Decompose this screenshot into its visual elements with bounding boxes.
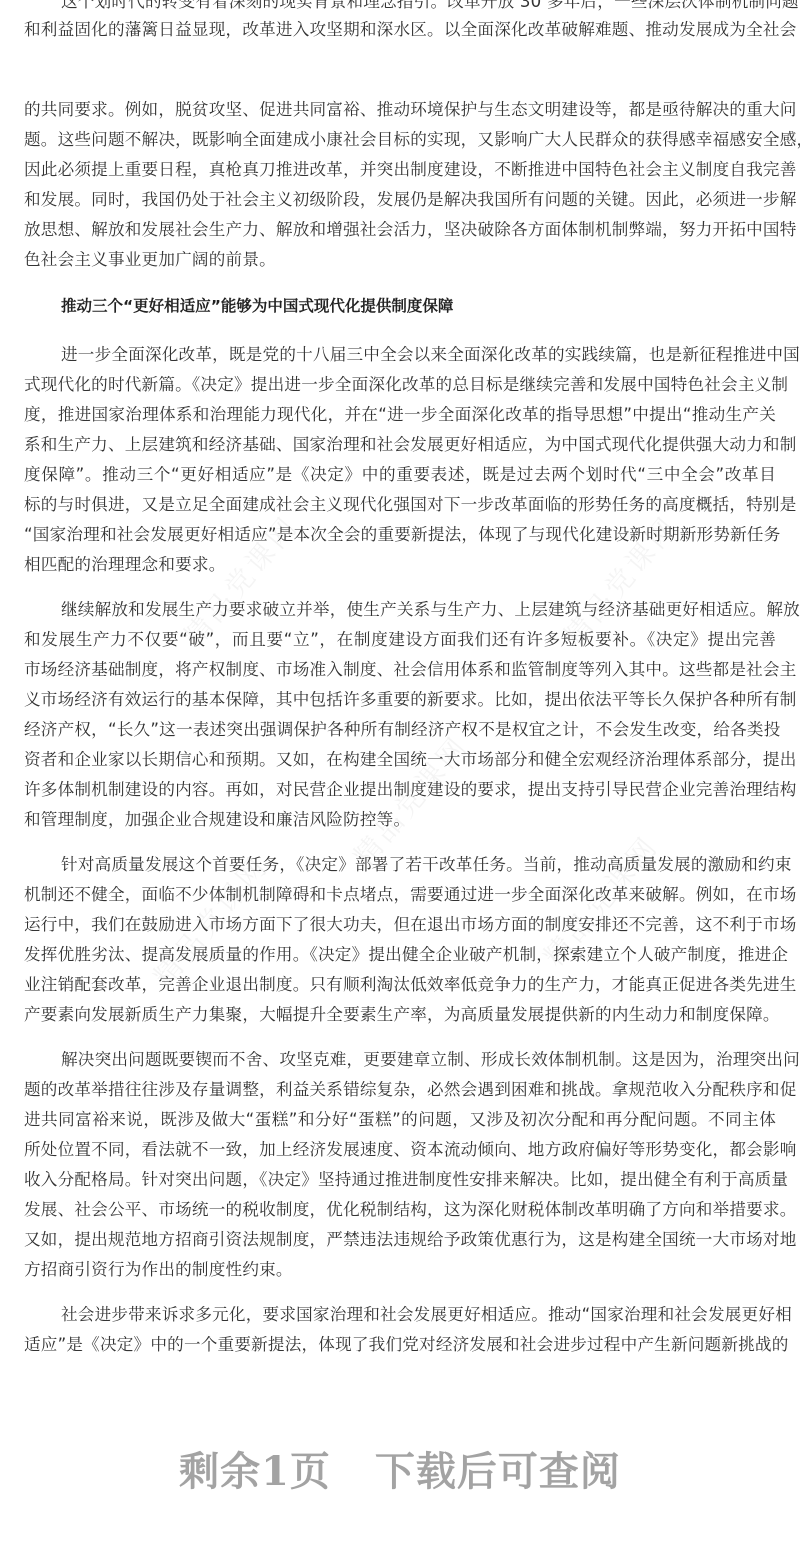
text-line: 和发展生产力不仅要“破”，而且要“立”，在制度建设方面我们还有许多短板要补。《决… [24, 625, 776, 655]
text-line: 所处位置不同，看法就不一致，加上经济发展速度、资本流动倾向、地方政府偏好等形势变… [24, 1135, 776, 1165]
text-line: 发展、社会公平、市场统一的税收制度，优化税制结构，这为深化财税体制改革明确了方向… [24, 1195, 776, 1225]
text-line: 产要素向发展新质生产力集聚，大幅提升全要素生产率，为高质量发展提供新的内生动力和… [24, 1000, 776, 1030]
text-line: 和利益固化的藩篱日益显现，改革进入攻坚期和深水区。以全面深化改革破解难题、推动发… [24, 15, 776, 45]
text-line: 的共同要求。例如，脱贫攻坚、促进共同富裕、推动环境保护与生态文明建设等，都是亟待… [24, 95, 776, 125]
text-line: 进一步全面深化改革，既是党的十八届三中全会以来全面深化改革的实践续篇，也是新征程… [24, 340, 776, 370]
text-line: 资者和企业家以长期信心和预期。又如，在构建全国统一大市场部分和健全宏观经济治理体… [24, 745, 776, 775]
text-line: 和管理制度，加强企业合规建设和廉洁风险防控等。 [24, 805, 776, 835]
remaining-pages-label: 剩余1页 [179, 1448, 331, 1495]
text-line: 题的改革举措往往涉及存量调整，利益关系错综复杂，必然会遇到困难和挑战。拿规范收入… [24, 1075, 776, 1105]
text-line: 针对高质量发展这个首要任务，《决定》部署了若干改革任务。当前，推动高质量发展的激… [24, 850, 776, 880]
text-line: 许多体制机制建设的内容。再如，对民营企业提出制度建设的要求，提出支持引导民营企业… [24, 775, 776, 805]
text-line: 放思想、解放和发展社会生产力、解放和增强社会活力，坚决破除各方面体制机制弊端，努… [24, 215, 776, 245]
text-line: 解决突出问题既要锲而不舍、攻坚克难，更要建章立制、形成长效体制机制。这是因为，治… [24, 1045, 776, 1075]
text-line: “国家治理和社会发展更好相适应”是本次全会的重要新提法，体现了与现代化建设新时期… [24, 520, 776, 550]
text-line: 义市场经济有效运行的基本保障，其中包括许多重要的新要求。比如，提出依法平等长久保… [24, 685, 776, 715]
text-line: 和发展。同时，我国仍处于社会主义初级阶段，发展仍是解决我国所有问题的关键。因此，… [24, 185, 776, 215]
text-line: 发挥优胜劣汰、提高发展质量的作用。《决定》提出健全企业破产机制，探索建立个人破产… [24, 940, 776, 970]
download-prompt-label: 下载后可查阅 [375, 1448, 621, 1495]
text-line: 运行中，我们在鼓励进入市场方面下了很大功夫，但在退出市场方面的制度安排还不完善，… [24, 910, 776, 940]
text-line: 进共同富裕来说，既涉及做大“蛋糕”和分好“蛋糕”的问题，又涉及初次分配和再分配问… [24, 1105, 776, 1135]
text-line: 继续解放和发展生产力要求破立并举，使生产关系与生产力、上层建筑与经济基础更好相适… [24, 595, 776, 625]
text-line: 机制还不健全，面临不少体制机制障碍和卡点堵点，需要通过进一步全面深化改革来破解。… [24, 880, 776, 910]
text-line: 度，推进国家治理体系和治理能力现代化，并在“进一步全面深化改革的指导思想”中提出… [24, 400, 776, 430]
text-line: 色社会主义事业更加广阔的前景。 [24, 245, 776, 275]
text-line: 题。这些问题不解决，既影响全面建成小康社会目标的实现，又影响广大人民群众的获得感… [24, 125, 776, 155]
section-heading: 推动三个“更好相适应”能够为中国式现代化提供制度保障 [61, 294, 453, 318]
text-line: 经济产权，“长久”这一表述突出强调保护各种所有制经济产权不是权宜之计，不会发生改… [24, 715, 776, 745]
text-line: 相匹配的治理理念和要求。 [24, 550, 776, 580]
text-line: 适应”是《决定》中的一个重要新提法，体现了我们党对经济发展和社会进步过程中产生新… [24, 1330, 776, 1360]
text-line: 业注销配套改革，完善企业退出制度。只有顺利淘汰低效率低竞争力的生产力，才能真正促… [24, 970, 776, 1000]
text-line: 收入分配格局。针对突出问题，《决定》坚持通过推进制度性安排来解决。比如，提出健全… [24, 1165, 776, 1195]
text-line: 市场经济基础制度，将产权制度、市场准入制度、社会信用体系和监管制度等列入其中。这… [24, 655, 776, 685]
text-line: 方招商引资行为作出的制度性约束。 [24, 1255, 776, 1285]
text-line: 式现代化的时代新篇。《决定》提出进一步全面深化改革的总目标是继续完善和发展中国特… [24, 370, 776, 400]
text-line: 度保障”。推动三个“更好相适应”是《决定》中的重要表述，既是过去两个划时代“三中… [24, 460, 776, 490]
text-line: 社会进步带来诉求多元化，要求国家治理和社会发展更好相适应。推动“国家治理和社会发… [24, 1300, 776, 1330]
text-line: 又如，提出规范地方招商引资法规制度，严禁违法违规给予政策优惠行为，这是构建全国统… [24, 1225, 776, 1255]
text-line: 标的与时俱进，又是立足全面建成社会主义现代化强国对下一步改革面临的形势任务的高度… [24, 490, 776, 520]
download-to-read-more-banner[interactable]: 剩余1页下载后可查阅 [0, 1440, 800, 1497]
text-line: 系和生产力、上层建筑和经济基础、国家治理和社会发展更好相适应，为中国式现代化提供… [24, 430, 776, 460]
text-line: 因此必须提上重要日程，真枪真刀推进改革，并突出制度建设，不断推进中国特色社会主义… [24, 155, 776, 185]
